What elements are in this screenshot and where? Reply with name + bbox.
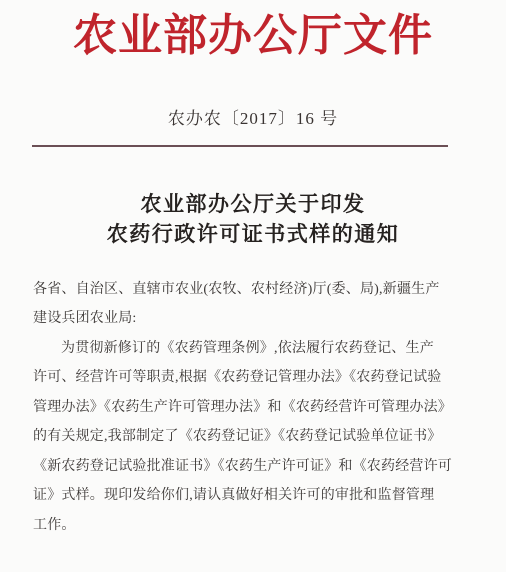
body-line: 为贯彻新修订的《农药管理条例》,依法履行农药登记、生产 — [33, 334, 457, 364]
body-line: 证》式样。现印发给你们,请认真做好相关许可的审批和监督管理 — [33, 481, 457, 511]
body-line: 许可、经营许可等职责,根据《农药登记管理办法》《农药登记试验 — [33, 363, 457, 393]
body-line: 的有关规定,我部制定了《农药登记证》《农药登记试验单位证书》 — [33, 422, 457, 452]
document-page: 农业部办公厅文件 农办农〔2017〕16 号 农业部办公厅关于印发 农药行政许可… — [0, 0, 506, 572]
doc-number: 农办农〔2017〕16 号 — [0, 104, 506, 129]
body-line: 管理办法》《农药生产许可管理办法》和《农药经营许可管理办法》 — [33, 393, 457, 423]
document-body: 各省、自治区、直辖市农业(农牧、农村经济)厅(委、局),新疆生产建设兵团农业局:… — [33, 275, 457, 541]
notice-title: 农业部办公厅关于印发 农药行政许可证书式样的通知 — [0, 189, 506, 249]
body-line: 工作。 — [33, 511, 457, 541]
document-header-title: 农业部办公厅文件 — [0, 0, 506, 62]
notice-title-line2: 农药行政许可证书式样的通知 — [0, 219, 506, 249]
body-line: 各省、自治区、直辖市农业(农牧、农村经济)厅(委、局),新疆生产 — [33, 275, 457, 305]
body-line: 《新农药登记试验批准证书》《农药生产许可证》和《农药经营许可 — [33, 452, 457, 482]
body-line: 建设兵团农业局: — [33, 304, 457, 334]
header-divider — [32, 145, 448, 147]
notice-title-line1: 农业部办公厅关于印发 — [0, 189, 506, 219]
